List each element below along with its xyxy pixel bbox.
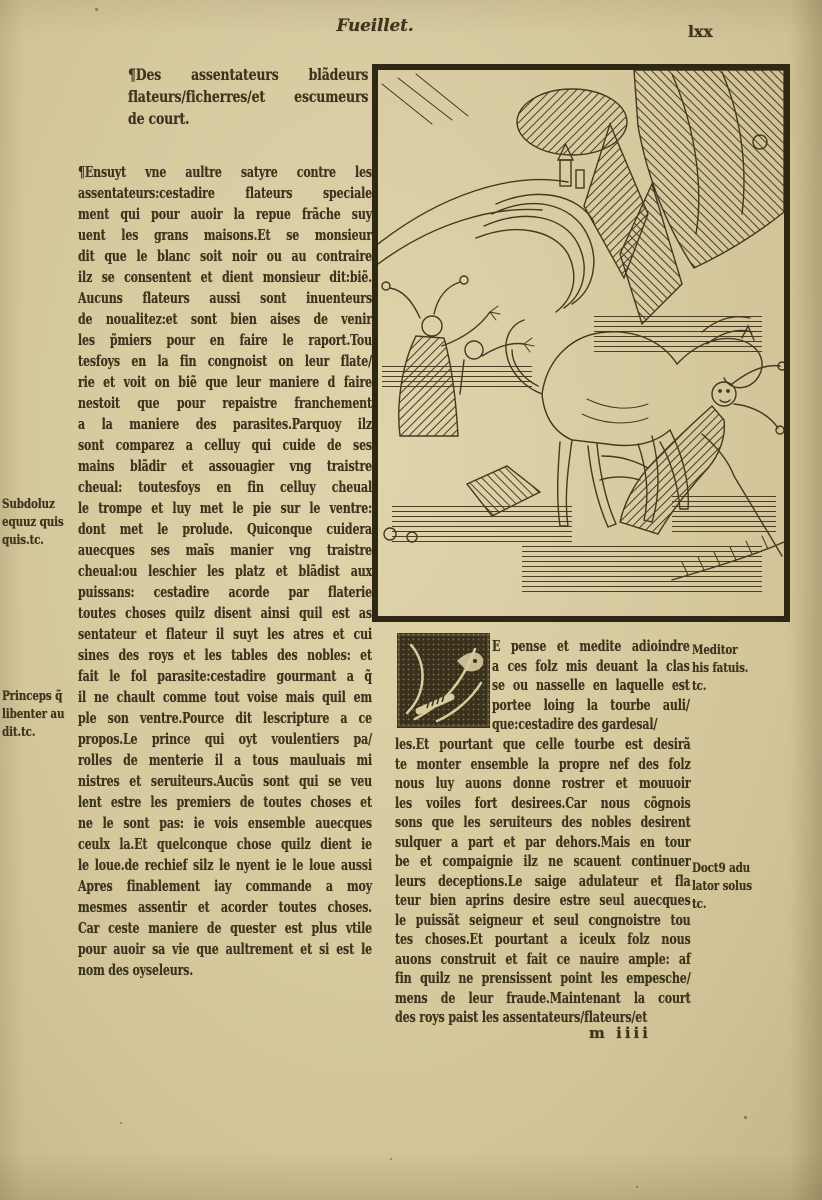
text-line: cheual: toutesfoys en fin celluy cheual xyxy=(78,477,372,498)
text-line: il ne chault comme tout voise mais quil … xyxy=(78,687,372,708)
margin-note-line: equuz quis xyxy=(2,514,79,532)
text-line: lent estre les premiers de toutes choses… xyxy=(78,792,372,813)
text-line: fait le fol parasite:cestadire gourmant … xyxy=(78,666,372,687)
text-line: ilz se consentent et dient monsieur dit:… xyxy=(78,267,372,288)
text-line: sons que les seruiteurs des nobles desir… xyxy=(395,813,691,833)
margin-note-subdolus: Subdoluzequuz quisquis.tc. xyxy=(2,496,79,550)
text-line: le trompe et luy met le pie sur le ventr… xyxy=(78,498,372,519)
text-line: dont met le prolude. Quiconque cuidera xyxy=(78,519,372,540)
text-line: Car ceste maniere de quester est plus vt… xyxy=(78,918,372,939)
text-line: uent les grans maisons.Et se monsieur xyxy=(78,225,372,246)
text-line: nom des oyseleurs. xyxy=(78,960,372,981)
margin-note-meditor: Meditorhis fatuis.tc. xyxy=(692,642,769,696)
heading-line: flateurs/ficherres/et escumeurs xyxy=(128,86,368,108)
chapter-heading: ¶Des assentateurs blãdeursflateurs/fiche… xyxy=(128,64,368,130)
text-line: Apres finablement iay commande a moy xyxy=(78,876,372,897)
text-line: dit que le blanc soit noir ou au contrai… xyxy=(78,246,372,267)
folio-number: lxx xyxy=(688,22,713,41)
margin-note-line: Princeps q̃ xyxy=(2,688,79,706)
text-line: cheual:ou leschier les platz et blãdist … xyxy=(78,561,372,582)
text-line: a ces folz mis deuant la clas xyxy=(492,657,690,677)
book-page-scan: Fueillet. lxx ¶Des assentateurs blãdeurs… xyxy=(0,0,822,1200)
text-line: les voiles fort desirees.Car nous cõgnoi… xyxy=(395,794,691,814)
margin-note-line: his fatuis. xyxy=(692,660,769,678)
margin-note-line: libenter au xyxy=(2,706,79,724)
margin-note-line: lator solus xyxy=(692,878,769,896)
ink-speck xyxy=(95,8,98,11)
right-column-full: les.Et pourtant que celle tourbe est des… xyxy=(395,735,691,1028)
text-line: teur bien aprins desire estre seul auecq… xyxy=(395,891,691,911)
margin-note-line: Doct9 adu xyxy=(692,860,769,878)
text-line: nous luy auons donne rostrer et mouuoir xyxy=(395,774,691,794)
margin-note-line: Subdoluz xyxy=(2,496,79,514)
heading-line: de court. xyxy=(128,108,368,130)
text-line: te monter ensemble la propre nef des fol… xyxy=(395,755,691,775)
ink-speck xyxy=(390,1158,392,1160)
text-line: mens de leur fraude.Maintenant la court xyxy=(395,989,691,1009)
decorative-initial xyxy=(397,633,490,728)
text-line: le loue.de rechief silz le nyent ie le l… xyxy=(78,855,372,876)
text-line: auecques ses maĩs manier vng traistre xyxy=(78,540,372,561)
text-line: portee loing la tourbe auli/ xyxy=(492,696,690,716)
text-line: rolles de menterie il a tous mauluais mi xyxy=(78,750,372,771)
foliate-initial-image xyxy=(397,633,490,728)
margin-note-line: quis.tc. xyxy=(2,532,79,550)
text-line: auons construit et fait ce nauire ample:… xyxy=(395,950,691,970)
heading-line: ¶Des assentateurs blãdeurs xyxy=(128,64,368,86)
ink-speck xyxy=(744,1116,747,1119)
text-line: sentateur et flateur il suyt les atres e… xyxy=(78,624,372,645)
text-line: nistres et seruiteurs.Aucũs sont qui se … xyxy=(78,771,372,792)
text-line: les p̃miers pour en faire le raport.Tou xyxy=(78,330,372,351)
text-line: pour auoir sa vie que aultrement et si e… xyxy=(78,939,372,960)
text-line: fin quilz ne prensissent point les empes… xyxy=(395,969,691,989)
text-line: tes choses.Et pourtant a iceulx folz nou… xyxy=(395,930,691,950)
text-line: nestoit que pour repaistre franchement xyxy=(78,393,372,414)
text-line: Aucuns flateurs aussi sont inuenteurs xyxy=(78,288,372,309)
text-line: puissans: cestadire acorde par flaterie xyxy=(78,582,372,603)
text-line: de noualitez:et sont bien aises de venir xyxy=(78,309,372,330)
text-line: tesfoys en la fin congnoist on leur flat… xyxy=(78,351,372,372)
right-column-indented: E pense et medite adioindrea ces folz mi… xyxy=(492,637,690,735)
text-line: leurs deceptions.Le saige adulateur et f… xyxy=(395,872,691,892)
left-text-column: ¶Ensuyt vne aultre satyre contre lesasse… xyxy=(78,162,372,981)
ink-speck xyxy=(120,1122,122,1124)
text-line: be et compaignie ilz ne scauent continue… xyxy=(395,852,691,872)
text-line: se ou nasselle en laquelle est xyxy=(492,676,690,696)
text-line: a la maniere des parasites.Parquoy ilz xyxy=(78,414,372,435)
margin-note-doctus: Doct9 adulator solustc. xyxy=(692,860,769,914)
text-line: mains blãdir et assouagier vng traistre xyxy=(78,456,372,477)
text-line: rie et voit on biẽ que leur maniere d fa… xyxy=(78,372,372,393)
horse-trampling-fool-woodcut-image xyxy=(372,64,790,622)
text-line: que:cestadire des gardesal/ xyxy=(492,715,690,735)
text-line: ¶Ensuyt vne aultre satyre contre les xyxy=(78,162,372,183)
margin-note-line: tc. xyxy=(692,896,769,914)
text-line: sines des roys et les tables des nobles:… xyxy=(78,645,372,666)
running-header-title: Fueillet. xyxy=(130,16,620,36)
woodcut-illustration xyxy=(372,64,790,622)
text-line: ple son ventre.Pource dit lescripture a … xyxy=(78,708,372,729)
text-line: toutes choses quilz disent ainsi quil es… xyxy=(78,603,372,624)
text-line: propos.Le prince qui oyt voulentiers pa/ xyxy=(78,729,372,750)
quire-signature: m iiii xyxy=(540,1024,700,1042)
margin-note-princeps: Princeps q̃libenter audit.tc. xyxy=(2,688,79,742)
text-line: ment qui pour auoir la repue frãche suy xyxy=(78,204,372,225)
text-line: ne le sont pas: ie vois ensemble auecque… xyxy=(78,813,372,834)
text-line: le puissãt seigneur et seul congnoistre … xyxy=(395,911,691,931)
text-line: mesmes assentir et acorder toutes choses… xyxy=(78,897,372,918)
text-line: ceulx la.Et quelconque chose quilz dient… xyxy=(78,834,372,855)
margin-note-line: dit.tc. xyxy=(2,724,79,742)
margin-note-line: tc. xyxy=(692,678,769,696)
text-line: sulquer a part et par dehors.Mais en tou… xyxy=(395,833,691,853)
text-line: assentateurs:cestadire flateurs speciale xyxy=(78,183,372,204)
text-line: E pense et medite adioindre xyxy=(492,637,690,657)
text-line: sont comparez a celluy qui cuide de ses xyxy=(78,435,372,456)
text-line: les.Et pourtant que celle tourbe est des… xyxy=(395,735,691,755)
ink-speck xyxy=(636,1186,638,1188)
margin-note-line: Meditor xyxy=(692,642,769,660)
